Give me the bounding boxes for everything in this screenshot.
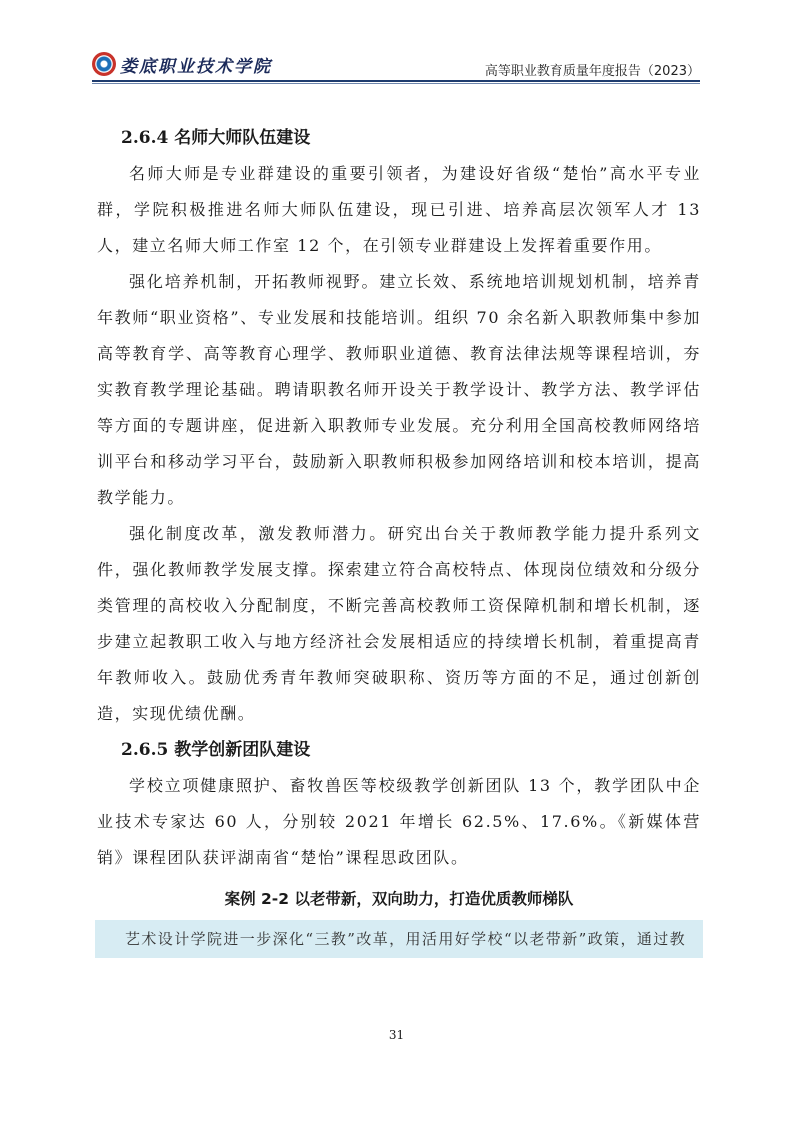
section-heading-2-6-4: 2.6.4 名师大师队伍建设 (97, 120, 701, 156)
page-content: 2.6.4 名师大师队伍建设 名师大师是专业群建设的重要引领者，为建设好省级“楚… (97, 120, 701, 958)
paragraph: 名师大师是专业群建设的重要引领者，为建设好省级“楚怡”高水平专业群，学院积极推进… (97, 156, 701, 264)
case-text: 艺术设计学院进一步深化“三教”改革，用活用好学校“以老带新”政策，通过教 (95, 920, 703, 958)
report-title: 高等职业教育质量年度报告（2023） (485, 60, 700, 79)
school-name: 娄底职业技术学院 (120, 52, 272, 77)
paragraph: 强化制度改革，激发教师潜力。研究出台关于教师教学能力提升系列文件，强化教师教学发… (97, 516, 701, 732)
page-header: 娄底职业技术学院 高等职业教育质量年度报告（2023） (92, 48, 700, 78)
school-emblem-icon (92, 52, 116, 76)
section-heading-2-6-5: 2.6.5 教学创新团队建设 (97, 732, 701, 768)
case-title: 案例 2-2 以老带新，双向助力，打造优质教师梯队 (97, 884, 701, 914)
paragraph: 学校立项健康照护、畜牧兽医等校级教学创新团队 13 个，教学团队中企业技术专家达… (97, 768, 701, 876)
case-box: 艺术设计学院进一步深化“三教”改革，用活用好学校“以老带新”政策，通过教 (95, 920, 703, 958)
paragraph: 强化培养机制，开拓教师视野。建立长效、系统地培训规划机制，培养青年教师“职业资格… (97, 264, 701, 516)
header-divider (92, 80, 700, 84)
page-number: 31 (0, 1028, 793, 1042)
